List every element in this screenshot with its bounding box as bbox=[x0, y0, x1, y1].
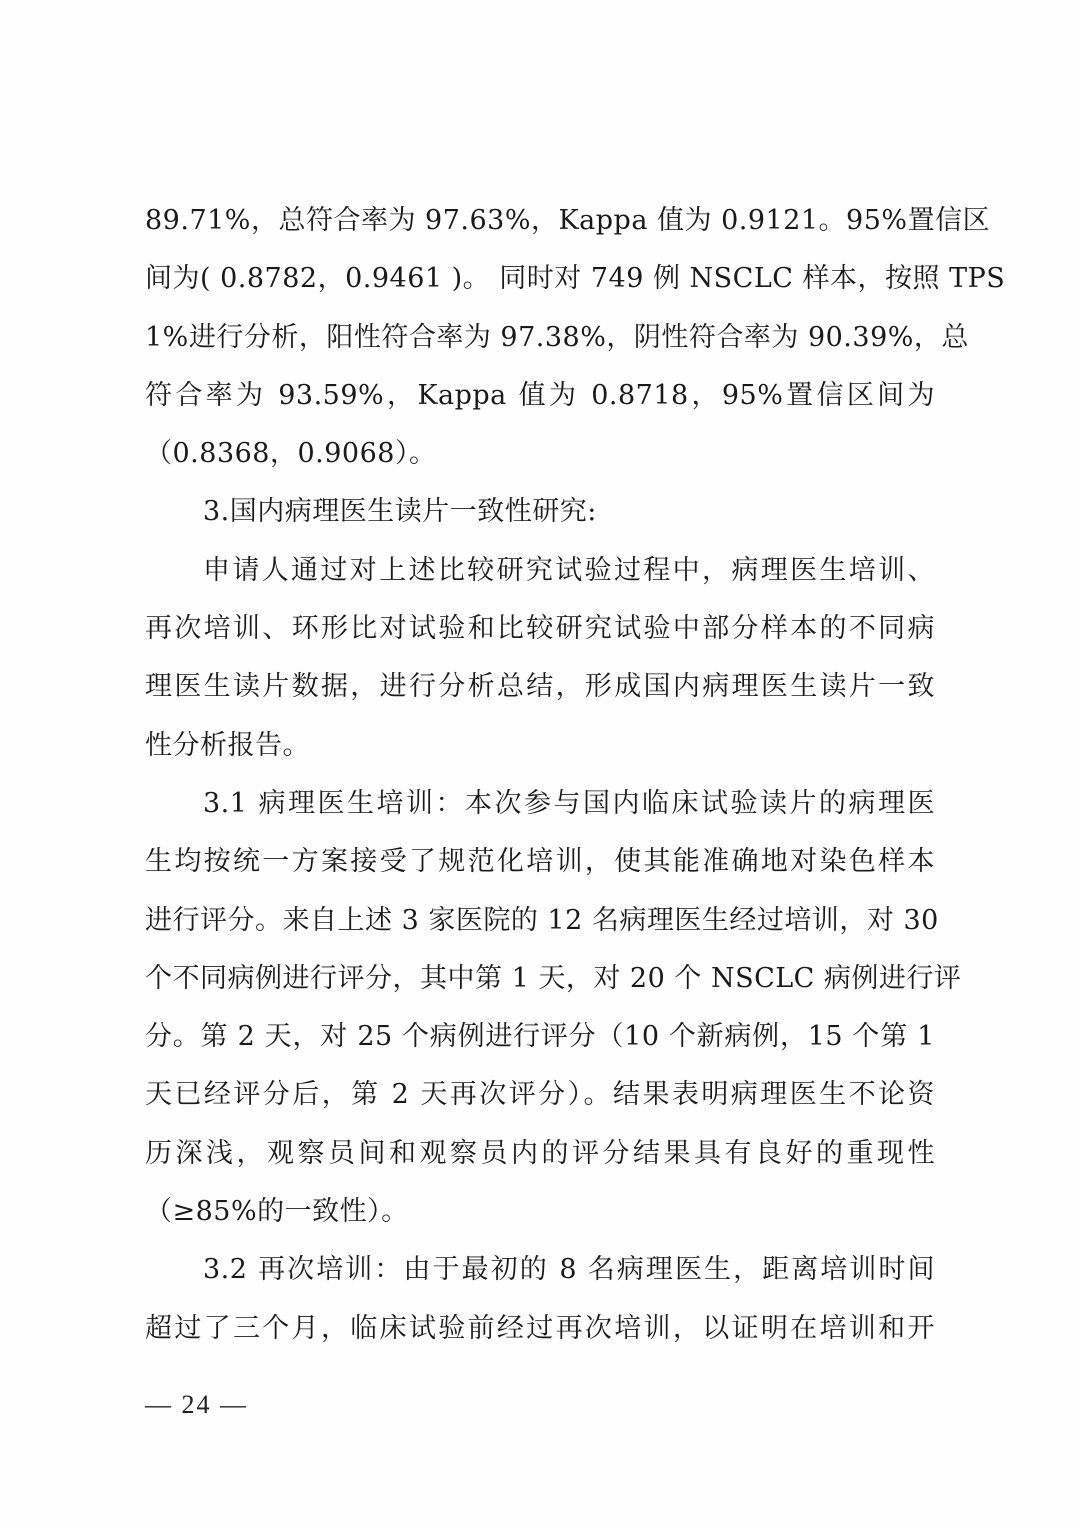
text-line: 历深浅，观察员间和观察员内的评分结果具有良好的重现性 bbox=[145, 1125, 935, 1183]
text-line: 性分析报告。 bbox=[145, 717, 935, 775]
text-line: 3.1 病理医生培训：本次参与国内临床试验读片的病理医 bbox=[145, 775, 935, 833]
text-line: 个不同病例进行评分，其中第 1 天，对 20 个 NSCLC 病例进行评 bbox=[145, 950, 935, 1008]
text-line: 3.2 再次培训：由于最初的 8 名病理医生，距离培训时间 bbox=[145, 1241, 935, 1299]
text-line: 进行评分。来自上述 3 家医院的 12 名病理医生经过培训，对 30 bbox=[145, 892, 935, 950]
document-body: 89.71%，总符合率为 97.63%，Kappa 值为 0.9121。95%置… bbox=[145, 192, 935, 1358]
text-line: 分。第 2 天，对 25 个病例进行评分（10 个新病例，15 个第 1 bbox=[145, 1008, 935, 1066]
text-line: （0.8368，0.9068）。 bbox=[145, 425, 935, 483]
text-line: 间为( 0.8782，0.9461 )。 同时对 749 例 NSCLC 样本，… bbox=[145, 250, 935, 308]
text-line: 1%进行分析，阳性符合率为 97.38%，阴性符合率为 90.39%，总 bbox=[145, 309, 935, 367]
text-line: 申请人通过对上述比较研究试验过程中，病理医生培训、 bbox=[145, 542, 935, 600]
text-line: 天已经评分后，第 2 天再次评分）。结果表明病理医生不论资 bbox=[145, 1066, 935, 1124]
text-line: 生均按统一方案接受了规范化培训，使其能准确地对染色样本 bbox=[145, 833, 935, 891]
text-line: 理医生读片数据，进行分析总结，形成国内病理医生读片一致 bbox=[145, 658, 935, 716]
text-line: 再次培训、环形比对试验和比较研究试验中部分样本的不同病 bbox=[145, 600, 935, 658]
text-line: 超过了三个月，临床试验前经过再次培训，以证明在培训和开 bbox=[145, 1300, 935, 1358]
text-line: 符合率为 93.59%，Kappa 值为 0.8718，95%置信区间为 bbox=[145, 367, 935, 425]
page-number: — 24 — bbox=[145, 1390, 248, 1420]
text-line: 89.71%，总符合率为 97.63%，Kappa 值为 0.9121。95%置… bbox=[145, 192, 935, 250]
text-line: （≥85%的一致性）。 bbox=[145, 1183, 935, 1241]
text-line: 3.国内病理医生读片一致性研究: bbox=[145, 483, 935, 541]
